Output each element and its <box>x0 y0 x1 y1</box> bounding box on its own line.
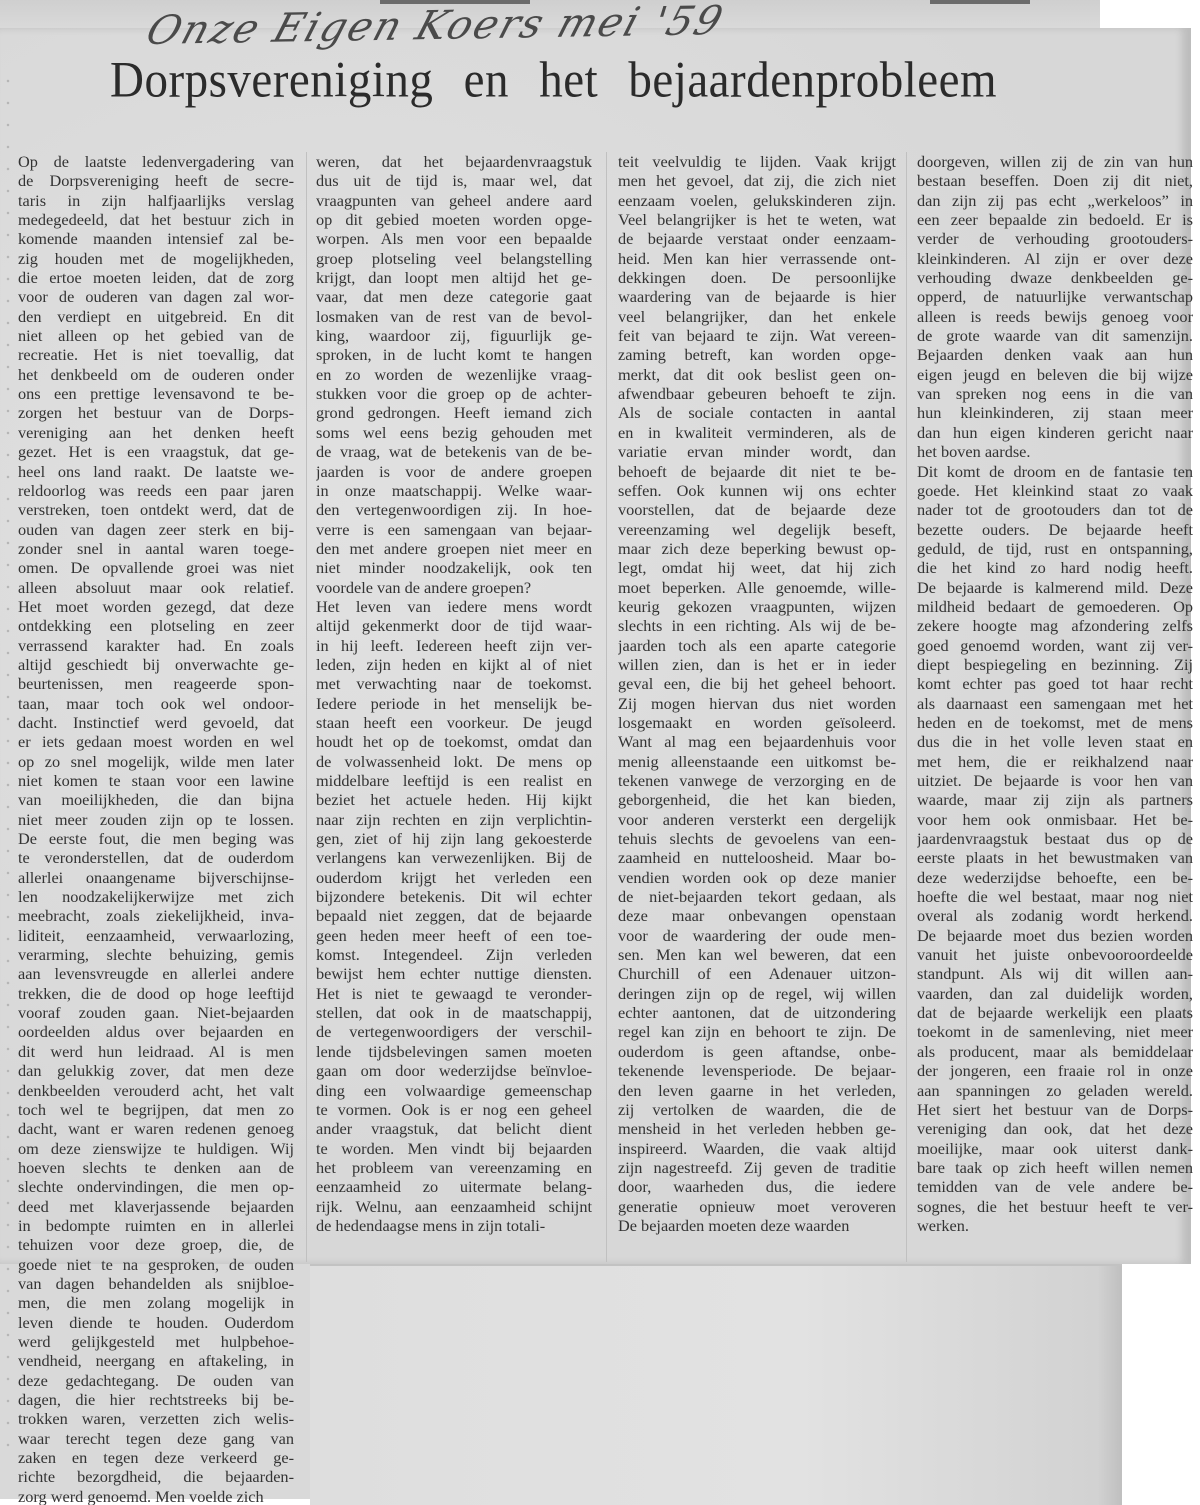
text-line: deze gedachtegang. De ouden van <box>18 1371 294 1390</box>
text-line: ontdekking een plotseling en zeer <box>18 616 294 635</box>
text-line: Zij mogen hiervan dus niet worden <box>618 694 896 713</box>
article-column-4: doorgeven, willen zij de zin van hunbest… <box>917 152 1193 1235</box>
text-line: middelbare leeftijd is een realist en <box>316 771 592 790</box>
text-line: geval een, die bij het geheel behoort. <box>618 674 896 693</box>
text-line: stukken voor die groep op de achter- <box>316 384 592 403</box>
text-line: zekere hoogte mag afzondering zelfs <box>917 616 1193 635</box>
text-line: bewijst hem echter nuttige diensten. <box>316 964 592 983</box>
text-line: op zo snel mogelijk, wilde men later <box>18 752 294 771</box>
text-line: omen. De opvallende groei was niet <box>18 558 294 577</box>
text-line: dat de bejaarde werkelijk een plaats <box>917 1003 1193 1022</box>
text-line: leden, zijn heden en kijkt al of niet <box>316 655 592 674</box>
text-line: dacht. Instinctief werd gevoeld, dat <box>18 713 294 732</box>
text-line: zijn nagestreefd. Zij geven de traditie <box>618 1158 896 1177</box>
text-line: dit werd hun leidraad. Al is men <box>18 1042 294 1061</box>
text-line: temidden van de vele andere be- <box>917 1177 1193 1196</box>
text-line: vanuit het juiste onbevooroordeelde <box>917 945 1193 964</box>
text-line: in onze maatschappij. Welke waar- <box>316 481 592 500</box>
text-line: verrassend karakter had. En zoals <box>18 636 294 655</box>
text-line: Iedere periode in het menselijk be- <box>316 694 592 713</box>
text-line: ouderdom is geen aftandse, onbe- <box>618 1042 896 1061</box>
text-line: dus uit de tijd is, maar wel, dat <box>316 171 592 190</box>
text-line: dacht, want er waren redenen genoeg <box>18 1119 294 1138</box>
text-line: deze maar onbevangen openstaan <box>618 906 896 925</box>
text-line: allerlei onaangename bijverschijnse- <box>18 868 294 887</box>
text-line: tekenen vanwege de verzorging en de <box>618 771 896 790</box>
text-line: eerste plaats in het bewustmaken van <box>917 848 1193 867</box>
text-line: Het moet worden gezegd, dat deze <box>18 597 294 616</box>
text-line: en in kwaliteit verminderen, als de <box>618 423 896 442</box>
text-line: beziet het actuele heden. Hij kijkt <box>316 790 592 809</box>
text-line: gezet. Het is een vraagstuk, dat ge- <box>18 442 294 461</box>
text-line: feit van bejaard te zijn. Wat vereen- <box>618 326 896 345</box>
text-line: lende tijdsbelevingen samen moeten <box>316 1042 592 1061</box>
text-line: het boven aardse. <box>917 442 1193 461</box>
text-line: zaken en tegen deze verkeerd ge- <box>18 1448 294 1467</box>
article-column-3: teit veelvuldig te lijden. Vaak krijgtme… <box>618 152 896 1235</box>
text-line: merkt, dat dit ook beslist geen on- <box>618 365 896 384</box>
text-line: tehuizen voor deze groep, die, de <box>18 1235 294 1254</box>
text-line: jaarden toch als een aparte categorie <box>618 636 896 655</box>
text-line: sproken, in de lucht komt te hangen <box>316 345 592 364</box>
text-line: bare taak op zich heeft willen nemen <box>917 1158 1193 1177</box>
text-line: te vormen. Ook is er nog een geheel <box>316 1100 592 1119</box>
text-line: de volwassenheid lokt. De mens op <box>316 752 592 771</box>
text-line: er iets gedaan moest worden en wel <box>18 732 294 751</box>
text-line: echter aantonen, dat de uitzondering <box>618 1003 896 1022</box>
text-line: mensheid in het verleden hebben ge- <box>618 1119 896 1138</box>
text-line: hun kleinkinderen, zij staan meer <box>917 403 1193 422</box>
text-line: dan zijn zij pas echt „werkeloos” in <box>917 191 1193 210</box>
text-line: Het leven van iedere mens wordt <box>316 597 592 616</box>
text-line: bepaald niet zeggen, dat de bejaarde <box>316 906 592 925</box>
text-line: eigen jeugd en beleven die bij wijze <box>917 365 1193 384</box>
text-line: goede niet te na gesproken, de ouden <box>18 1255 294 1274</box>
text-line: vereenzaming wel degelijk beseft, <box>618 520 896 539</box>
text-line: niet alleen op het gebied van de <box>18 326 294 345</box>
text-line: altijd gekenmerkt door de tijd waar- <box>316 616 592 635</box>
text-line: vaar, dat men deze categorie gaat <box>316 287 592 306</box>
text-line: in hij leeft. Iedereen heeft zijn ver- <box>316 636 592 655</box>
text-line: doorgeven, willen zij de zin van hun <box>917 152 1193 171</box>
text-line: vooraf zouden gaan. Niet-bejaarden <box>18 1003 294 1022</box>
text-line: oordeelden aldus over bejaarden en <box>18 1022 294 1041</box>
text-line: gen, ziet of hij zijn lang gekoesterde <box>316 829 592 848</box>
text-line: men, die men zolang mogelijk in <box>18 1293 294 1312</box>
text-line: komt echter pas goed tot haar recht <box>917 674 1193 693</box>
text-line: Het is niet te gewaagd te veronder- <box>316 984 592 1003</box>
text-line: waar terecht tegen deze gang van <box>18 1429 294 1448</box>
text-line: bestaan beseffen. Doen zij dit niet, <box>917 171 1193 190</box>
text-line: Veel belangrijker is het te weten, wat <box>618 210 896 229</box>
article-column-2: weren, dat het bejaardenvraagstukdus uit… <box>316 152 592 1235</box>
dark-strip <box>930 0 1030 4</box>
text-line: den verdiept en uitgebreid. En dit <box>18 307 294 326</box>
text-line: den leven gaarne in het verleden, <box>618 1081 896 1100</box>
text-line: zonder snel in aantal waren toege- <box>18 539 294 558</box>
text-line: geduld, de tijd, rust en ontspanning, <box>917 539 1193 558</box>
text-line: vaarden, dan zal duidelijk worden, <box>917 984 1193 1003</box>
text-line: Churchill of een Adenauer uitzon- <box>618 964 896 983</box>
text-line: altijd geschiedt bij onverwachte ge- <box>18 655 294 674</box>
text-line: behoeft de bejaarde dit niet te be- <box>618 462 896 481</box>
text-line: De bejaarden moeten deze waarden <box>618 1216 896 1235</box>
text-line: maar zich deze beperking bewust op- <box>618 539 896 558</box>
column-rule <box>606 152 607 1262</box>
text-line: geen heden meer heeft of een toe- <box>316 926 592 945</box>
text-line: willen zien, dan is het er in ieder <box>618 655 896 674</box>
column-rule <box>906 152 907 1262</box>
text-line: werd gelijkgesteld met hulpbehoe- <box>18 1332 294 1351</box>
text-line: verder de verhouding grootouders- <box>917 229 1193 248</box>
text-line: komende maanden intensief zal be- <box>18 229 294 248</box>
text-line: vereniging dan ook, dat het deze <box>917 1119 1193 1138</box>
text-line: liditeit, eenzaamheid, verwaarlozing, <box>18 926 294 945</box>
text-line: te worden. Men vindt bij bejaarden <box>316 1139 592 1158</box>
text-line: trokken waren, verzetten zich welis- <box>18 1409 294 1428</box>
text-line: uitziet. De bejaarde is voor hen van <box>917 771 1193 790</box>
text-line: zaamheid en nutteloosheid. Maar bo- <box>618 848 896 867</box>
text-line: die het kind zo hard nodig heeft. <box>917 558 1193 577</box>
text-line: De bejaarde moet dus bezien worden <box>917 926 1193 945</box>
text-line: leven diende te houden. Ouderdom <box>18 1313 294 1332</box>
text-line: rijk. Welnu, aan eenzaamheid schijnt <box>316 1197 592 1216</box>
text-line: slechts in een richting. Als wij de be- <box>618 616 896 635</box>
text-line: ouderdom krijgt het verleden een <box>316 868 592 887</box>
text-line: veel belangrijker, dan het enkele <box>618 307 896 326</box>
text-line: niet minder noodzakelijk, ook ten <box>316 558 592 577</box>
text-line: voor de waardering der oude men- <box>618 926 896 945</box>
text-line: denkbeelden verouderd acht, het valt <box>18 1081 294 1100</box>
text-line: toch wel te begrijpen, dat men zo <box>18 1100 294 1119</box>
text-line: jaardenvraagstuk bestaat dus op de <box>917 829 1193 848</box>
text-line: verlangens kan verwezenlijken. Bij de <box>316 848 592 867</box>
text-line: reldoorlog was reeds een paar jaren <box>18 481 294 500</box>
text-line: door, waarheden dus, die iedere <box>618 1177 896 1196</box>
text-line: vereniging aan het denken heeft <box>18 423 294 442</box>
text-line: verre is een samengaan van bejaar- <box>316 520 592 539</box>
text-line: voordele van de andere groepen? <box>316 578 592 597</box>
text-line: Op de laatste ledenvergadering van <box>18 152 294 171</box>
text-line: aan levensvreugde en allerlei andere <box>18 964 294 983</box>
text-line: van spreken nog eens in die van <box>917 384 1193 403</box>
text-line: menig alleenstaande een uitkomst be- <box>618 752 896 771</box>
text-line: alleen absoluut maar ook relatief. <box>18 578 294 597</box>
text-line: eenzaam voelen, gelukskinderen zijn. <box>618 191 896 210</box>
text-line: mildheid bedaart de gemoederen. Op <box>917 597 1193 616</box>
text-line: ouden van dagen zeer sterk en bij- <box>18 520 294 539</box>
text-line: de vertegenwoordigers der verschil- <box>316 1022 592 1041</box>
text-line: legt, omdat hij weet, dat hij zich <box>618 558 896 577</box>
text-line: in bedompte ruimten en in allerlei <box>18 1216 294 1235</box>
text-line: Als de sociale contacten in aantal <box>618 403 896 422</box>
text-line: zorg werd genoemd. Men voelde zich <box>18 1487 294 1505</box>
text-line: ander vraagstuk, dat belicht dient <box>316 1119 592 1138</box>
text-line: king, waardoor zij, figuurlijk ge- <box>316 326 592 345</box>
text-line: den vertegenwoordigen zij. In hoe- <box>316 500 592 519</box>
text-line: Want al mag een bejaardenhuis voor <box>618 732 896 751</box>
text-line: len noodzakelijkerwijze met zich <box>18 887 294 906</box>
text-line: naar zijn rechten en zijn verplichtin- <box>316 810 592 829</box>
text-line: soms wel eens bezig gehouden met <box>316 423 592 442</box>
text-line: men het gevoel, dat zij, die zich niet <box>618 171 896 190</box>
text-line: dan gelukkig zover, dat men deze <box>18 1061 294 1080</box>
text-line: die ertoe moeten leiden, dat de zorg <box>18 268 294 287</box>
text-line: stellen, dat ook in de maatschappij, <box>316 1003 592 1022</box>
text-line: de vraag, wat de betekenis van de be- <box>316 442 592 461</box>
text-line: als daarnaast een samengaan met het <box>917 694 1193 713</box>
text-line: geborgenheid, die het kan bieden, <box>618 790 896 809</box>
text-line: het probleem van vereenzaming en <box>316 1158 592 1177</box>
text-line: Het siert het bestuur van de Dorps- <box>917 1100 1193 1119</box>
text-line: met verwachting naar de toekomst. <box>316 674 592 693</box>
text-line: niet komen te staan voor een lawine <box>18 771 294 790</box>
text-line: hoefte die wel bestaat, maar nog niet <box>917 887 1193 906</box>
text-line: de grote waarde van dit samenzijn. <box>917 326 1193 345</box>
text-line: staan heeft een voorkeur. De jeugd <box>316 713 592 732</box>
text-line: vraagpunten van geheel andere aard <box>316 191 592 210</box>
text-line: sen. Men kan wel beweren, dat een <box>618 945 896 964</box>
text-line: nader tot de grootouders dan tot de <box>917 500 1193 519</box>
article-column-1: Op de laatste ledenvergadering vande Dor… <box>18 152 294 1505</box>
text-line: kleinkinderen. Al zijn er over deze <box>917 249 1193 268</box>
text-line: grond gedrongen. Heeft iemand zich <box>316 403 592 422</box>
text-line: verarming, slechte behuizing, gemis <box>18 945 294 964</box>
text-line: ons een prettige levensavond te be- <box>18 384 294 403</box>
text-line: ding een volwaardige gemeenschap <box>316 1081 592 1100</box>
text-line: den met andere groepen niet meer en <box>316 539 592 558</box>
text-line: De eerste fout, die men beging was <box>18 829 294 848</box>
text-line: waarde, maar zij zijn als partners <box>917 790 1193 809</box>
text-line: dan hun eigen kinderen gericht naar <box>917 423 1193 442</box>
text-line: voor de ouderen van dagen zal wor- <box>18 287 294 306</box>
text-line: losgemaakt en worden geïsoleerd. <box>618 713 896 732</box>
text-line: overal als zodanig wordt herkend. <box>917 906 1193 925</box>
text-line: de niet-bejaarden tekort gedaan, als <box>618 887 896 906</box>
text-line: waardering van de bejaarde is hier <box>618 287 896 306</box>
text-line: van dagen behandelden als snijbloe- <box>18 1274 294 1293</box>
text-line: seffen. Ook kunnen wij ons echter <box>618 481 896 500</box>
text-line: medegedeeld, dat het bestuur zich in <box>18 210 294 229</box>
text-line: zorgen het bestuur van de Dorps- <box>18 403 294 422</box>
text-line: tehuis slechts de gevoelens van een- <box>618 829 896 848</box>
text-line: regel kan zijn en behoort te zijn. De <box>618 1022 896 1041</box>
text-line: en zo worden de wezenlijke vraag- <box>316 365 592 384</box>
text-line: werken. <box>917 1216 1193 1235</box>
text-line: goede. Het kleinkind staat zo vaak <box>917 481 1193 500</box>
text-line: aan spanningen zo geladen wereld. <box>917 1081 1193 1100</box>
text-line: moeilijke, maar ook uiterst dank- <box>917 1139 1193 1158</box>
text-line: Bejaarden denken vaak aan hun <box>917 345 1193 364</box>
text-line: beurtenissen, men reageerde spon- <box>18 674 294 693</box>
text-line: als producent, maar als bemiddelaar <box>917 1042 1193 1061</box>
text-line: slechte ondervindingen, die men op- <box>18 1177 294 1196</box>
text-line: zig houden met de mogelijkheden, <box>18 249 294 268</box>
text-line: alleen is reeds bewijs genoeg voor <box>917 307 1193 326</box>
text-line: trekken, die de dood op hoge leeftijd <box>18 984 294 1003</box>
text-line: toekomt in de samenleving, niet meer <box>917 1022 1193 1041</box>
blank-backing-paper <box>310 1264 1122 1505</box>
text-line: komst. Integendeel. Zijn verleden <box>316 945 592 964</box>
text-line: opperd, de natuurlijke verwantschap <box>917 287 1193 306</box>
text-line: een zeer bepaalde zin bedoeld. Er is <box>917 210 1193 229</box>
text-line: zij vertolken de waarden, die de <box>618 1100 896 1119</box>
text-line: keurig gekozen vraagpunten, wijzen <box>618 597 896 616</box>
text-line: heid. Men kan hier verrassende ont- <box>618 249 896 268</box>
text-line: verhouding dwaze denkbeelden ge- <box>917 268 1193 287</box>
text-line: dekkingen doen. De persoonlijke <box>618 268 896 287</box>
text-line: dus die in het volle leven staat en <box>917 732 1193 751</box>
text-line: afwendbaar gebeuren behoeft te zijn. <box>618 384 896 403</box>
text-line: deze wederzijdse behoefte, een be- <box>917 868 1193 887</box>
article-headline: Dorpsvereniging en het bejaardenprobleem <box>110 50 1070 110</box>
text-line: sognes, die het bestuur heeft te ver- <box>917 1197 1193 1216</box>
text-line: het denkbeeld om de ouderen onder <box>18 365 294 384</box>
text-line: losmaken van de rest van de bevol- <box>316 307 592 326</box>
text-line: der jongeren, een fraaie rol in onze <box>917 1061 1193 1080</box>
text-line: diept bespiegeling en bezinning. Zij <box>917 655 1193 674</box>
text-line: om deze zienswijze te huldigen. Wij <box>18 1139 294 1158</box>
perforation-edge <box>6 70 10 1450</box>
text-line: deringen zijn op de regel, wij willen <box>618 984 896 1003</box>
text-line: De bejaarde is kalmerend mild. Deze <box>917 578 1193 597</box>
text-line: meebracht, zoals ziekelijkheid, inva- <box>18 906 294 925</box>
text-line: richte bezorgdheid, die bejaarden- <box>18 1467 294 1486</box>
text-line: houdt het op de toekomst, omdat dan <box>316 732 592 751</box>
text-line: groep plotseling veel belangstelling <box>316 249 592 268</box>
text-line: heden en de toekomst, met de mens <box>917 713 1193 732</box>
text-line: hoeven slechts te denken aan de <box>18 1158 294 1177</box>
text-line: teit veelvuldig te lijden. Vaak krijgt <box>618 152 896 171</box>
text-line: tekenende levensperiode. De bejaar- <box>618 1061 896 1080</box>
text-line: vendheid, neergang en aftakeling, in <box>18 1351 294 1370</box>
text-line: niet meer zouden zijn op te lossen. <box>18 810 294 829</box>
text-line: te veronderstellen, dat de ouderdom <box>18 848 294 867</box>
text-line: voor hem ook onmisbaar. Het be- <box>917 810 1193 829</box>
text-line: moet beperken. Alle genoemde, wille- <box>618 578 896 597</box>
text-line: goed genoemd worden, want zij ver- <box>917 636 1193 655</box>
text-line: taan, maar toch ook wel ondoor- <box>18 694 294 713</box>
text-line: worpen. Als men voor een bepaalde <box>316 229 592 248</box>
text-line: met hem, die er reikhalzend naar <box>917 752 1193 771</box>
text-line: weren, dat het bejaardenvraagstuk <box>316 152 592 171</box>
text-line: taris in zijn halfjaarlijks verslag <box>18 191 294 210</box>
text-line: generatie opnieuw moet veroveren <box>618 1197 896 1216</box>
text-line: op dit gebied moeten worden opge- <box>316 210 592 229</box>
text-line: voor anderen versterkt een dergelijk <box>618 810 896 829</box>
text-line: verstreken, toen ontdekt werd, dat de <box>18 500 294 519</box>
text-line: dagen, die hier rechtstreeks bij be- <box>18 1390 294 1409</box>
text-line: bijzondere betekenis. Dit wil echter <box>316 887 592 906</box>
text-line: bezette ouders. De bejaarde heeft <box>917 520 1193 539</box>
text-line: standpunt. Als wij dit willen aan- <box>917 964 1193 983</box>
text-line: recreatie. Het is niet toevallig, dat <box>18 345 294 364</box>
text-line: zaming betreft, kan worden opge- <box>618 345 896 364</box>
text-line: heel ons land raakt. De laatste we- <box>18 462 294 481</box>
text-line: Dit komt de droom en de fantasie ten <box>917 462 1193 481</box>
text-line: voorstellen, dat de bejaarde deze <box>618 500 896 519</box>
text-line: krijgt, dan loopt men altijd het ge- <box>316 268 592 287</box>
text-line: de Dorpsvereniging heeft de secre- <box>18 171 294 190</box>
text-line: de bejaarde verstaat onder eenzaam- <box>618 229 896 248</box>
text-line: de hedendaagse mens in zijn totali- <box>316 1216 592 1235</box>
column-rule <box>306 152 307 1262</box>
text-line: deed met klaverjassende bejaarden <box>18 1197 294 1216</box>
text-line: inspireerd. Waarden, die vaak altijd <box>618 1139 896 1158</box>
text-line: van moeilijkheden, die dan bijna <box>18 790 294 809</box>
text-line: eenzaamheid zo uitermate belang- <box>316 1177 592 1196</box>
text-line: vendien worden ook op deze manier <box>618 868 896 887</box>
text-line: variatie ervan minder wordt, dan <box>618 442 896 461</box>
text-line: jaarden is voor de andere groepen <box>316 462 592 481</box>
text-line: gaan om door wederzijdse beïnvloe- <box>316 1061 592 1080</box>
